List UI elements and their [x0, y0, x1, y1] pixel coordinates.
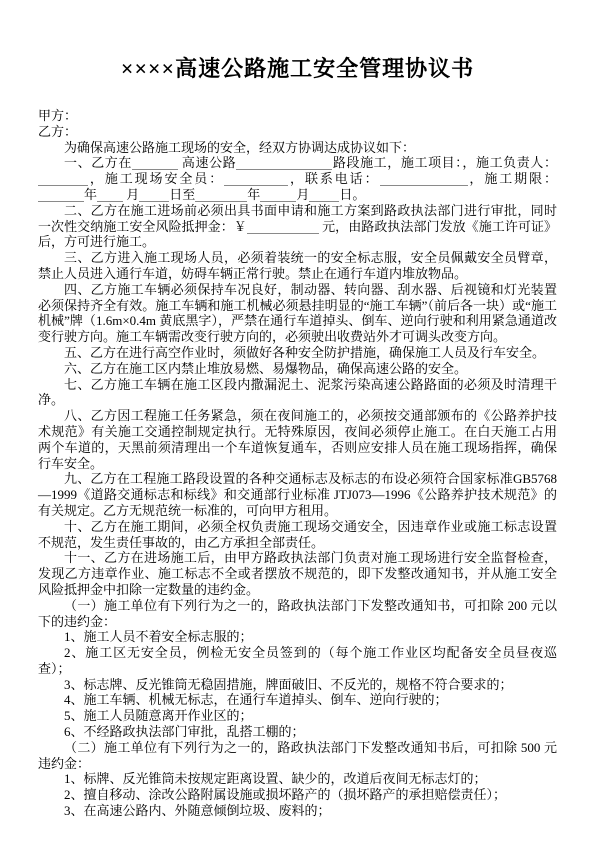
fill-in-blank [38, 188, 84, 202]
clause-9: 九、乙方在工程施工路段设置的各种交通标志及标志的布设必须符合国家标准GB5768… [38, 471, 557, 518]
fill-in-blank [97, 188, 123, 202]
fill-in-blank [309, 188, 339, 202]
clause-4: 四、乙方施工车辆必须保持车况良好，制动器、转向器、刮水器、后视镜和灯光装置必须保… [38, 282, 557, 345]
penalty-2-item-3: 3、在高速公路内、外随意倾倒垃圾、废料的； [38, 803, 557, 819]
fill-in-blank [224, 172, 288, 186]
penalty-1-item-4: 4、施工车辆、机械无标志，在通行车道掉头、倒车、逆向行驶的； [38, 692, 557, 708]
fill-in-blank [236, 156, 332, 170]
fill-in-blank [195, 188, 247, 202]
fill-in-blank [247, 220, 319, 234]
clause-3: 三、乙方进入施工现场人员，必须着装统一的安全标志服，安全员佩戴安全员臂章，禁止人… [38, 250, 557, 282]
fill-in-blank [139, 188, 169, 202]
clause-1: 一、乙方在 高速公路路段施工，施工项目：，施工负责人：，施工现场安全员：，联系电… [38, 155, 557, 202]
fill-in-blank [380, 172, 468, 186]
penalty-1-item-6: 6、不经路政执法部门审批，乱搭工棚的； [38, 724, 557, 740]
clause-10: 十、乙方在施工期间，必须全权负责施工现场交通安全，因违章作业或施工标志设置不规范… [38, 519, 557, 551]
penalty-section-2-header: （二）施工单位有下列行为之一的，路政执法部门下发整改通知书后，可扣除 500 元… [38, 740, 557, 772]
penalty-section-1-header: （一）施工单位有下列行为之一的，路政执法部门下发整改通知书，可扣除 200 元以… [38, 598, 557, 630]
penalty-2-item-2: 2、擅自移动、涂改公路附属设施或损坏路产的（损坏路产的承担赔偿责任）； [38, 787, 557, 803]
clause-2: 二、乙方在施工进场前必须出具书面申请和施工方案到路政执法部门进行审批，同时一次性… [38, 203, 557, 250]
clause-8: 八、乙方因工程施工任务紧急，须在夜间施工的，必须按交通部颁布的《公路养护技术规范… [38, 408, 557, 471]
penalty-1-item-5: 5、施工人员随意离开作业区的； [38, 708, 557, 724]
fill-in-blank [260, 188, 296, 202]
party-b-line: 乙方： [38, 124, 557, 140]
intro-paragraph: 为确保高速公路施工现场的安全，经双方协调达成协议如下： [38, 140, 557, 156]
document-page: ××××高速公路施工安全管理协议书 甲方：乙方：为确保高速公路施工现场的安全，经… [0, 0, 595, 842]
clause-11: 十一、乙方在进场施工后，由甲方路政执法部门负责对施工现场进行安全监督检查，发现乙… [38, 550, 557, 597]
penalty-1-item-2: 2、施工区无安全员，例检无安全员签到的（每个施工作业区均配备安全员昼夜巡查）； [38, 645, 557, 677]
fill-in-blank [38, 172, 88, 186]
clause-7: 七、乙方施工车辆在施工区段内撒漏泥土、泥浆污染高速公路路面的必须及时清理干净。 [38, 377, 557, 409]
fill-in-blank [132, 156, 178, 170]
document-title: ××××高速公路施工安全管理协议书 [38, 54, 557, 84]
clause-5: 五、乙方在进行高空作业时，须做好各种安全防护措施，确保施工人员及行车安全。 [38, 345, 557, 361]
clause-6: 六、乙方在施工区内禁止堆放易燃、易爆物品，确保高速公路的安全。 [38, 361, 557, 377]
penalty-1-item-3: 3、标志牌、反光锥筒无稳固措施，牌面破旧、不反光的，规格不符合要求的； [38, 677, 557, 693]
penalty-1-item-1: 1、施工人员不着安全标志服的； [38, 629, 557, 645]
party-a-line: 甲方： [38, 108, 557, 124]
penalty-2-item-1: 1、标牌、反光锥筒未按规定距离设置、缺少的，改道后夜间无标志灯的； [38, 771, 557, 787]
document-body: 甲方：乙方：为确保高速公路施工现场的安全，经双方协调达成协议如下：一、乙方在 高… [38, 108, 557, 819]
